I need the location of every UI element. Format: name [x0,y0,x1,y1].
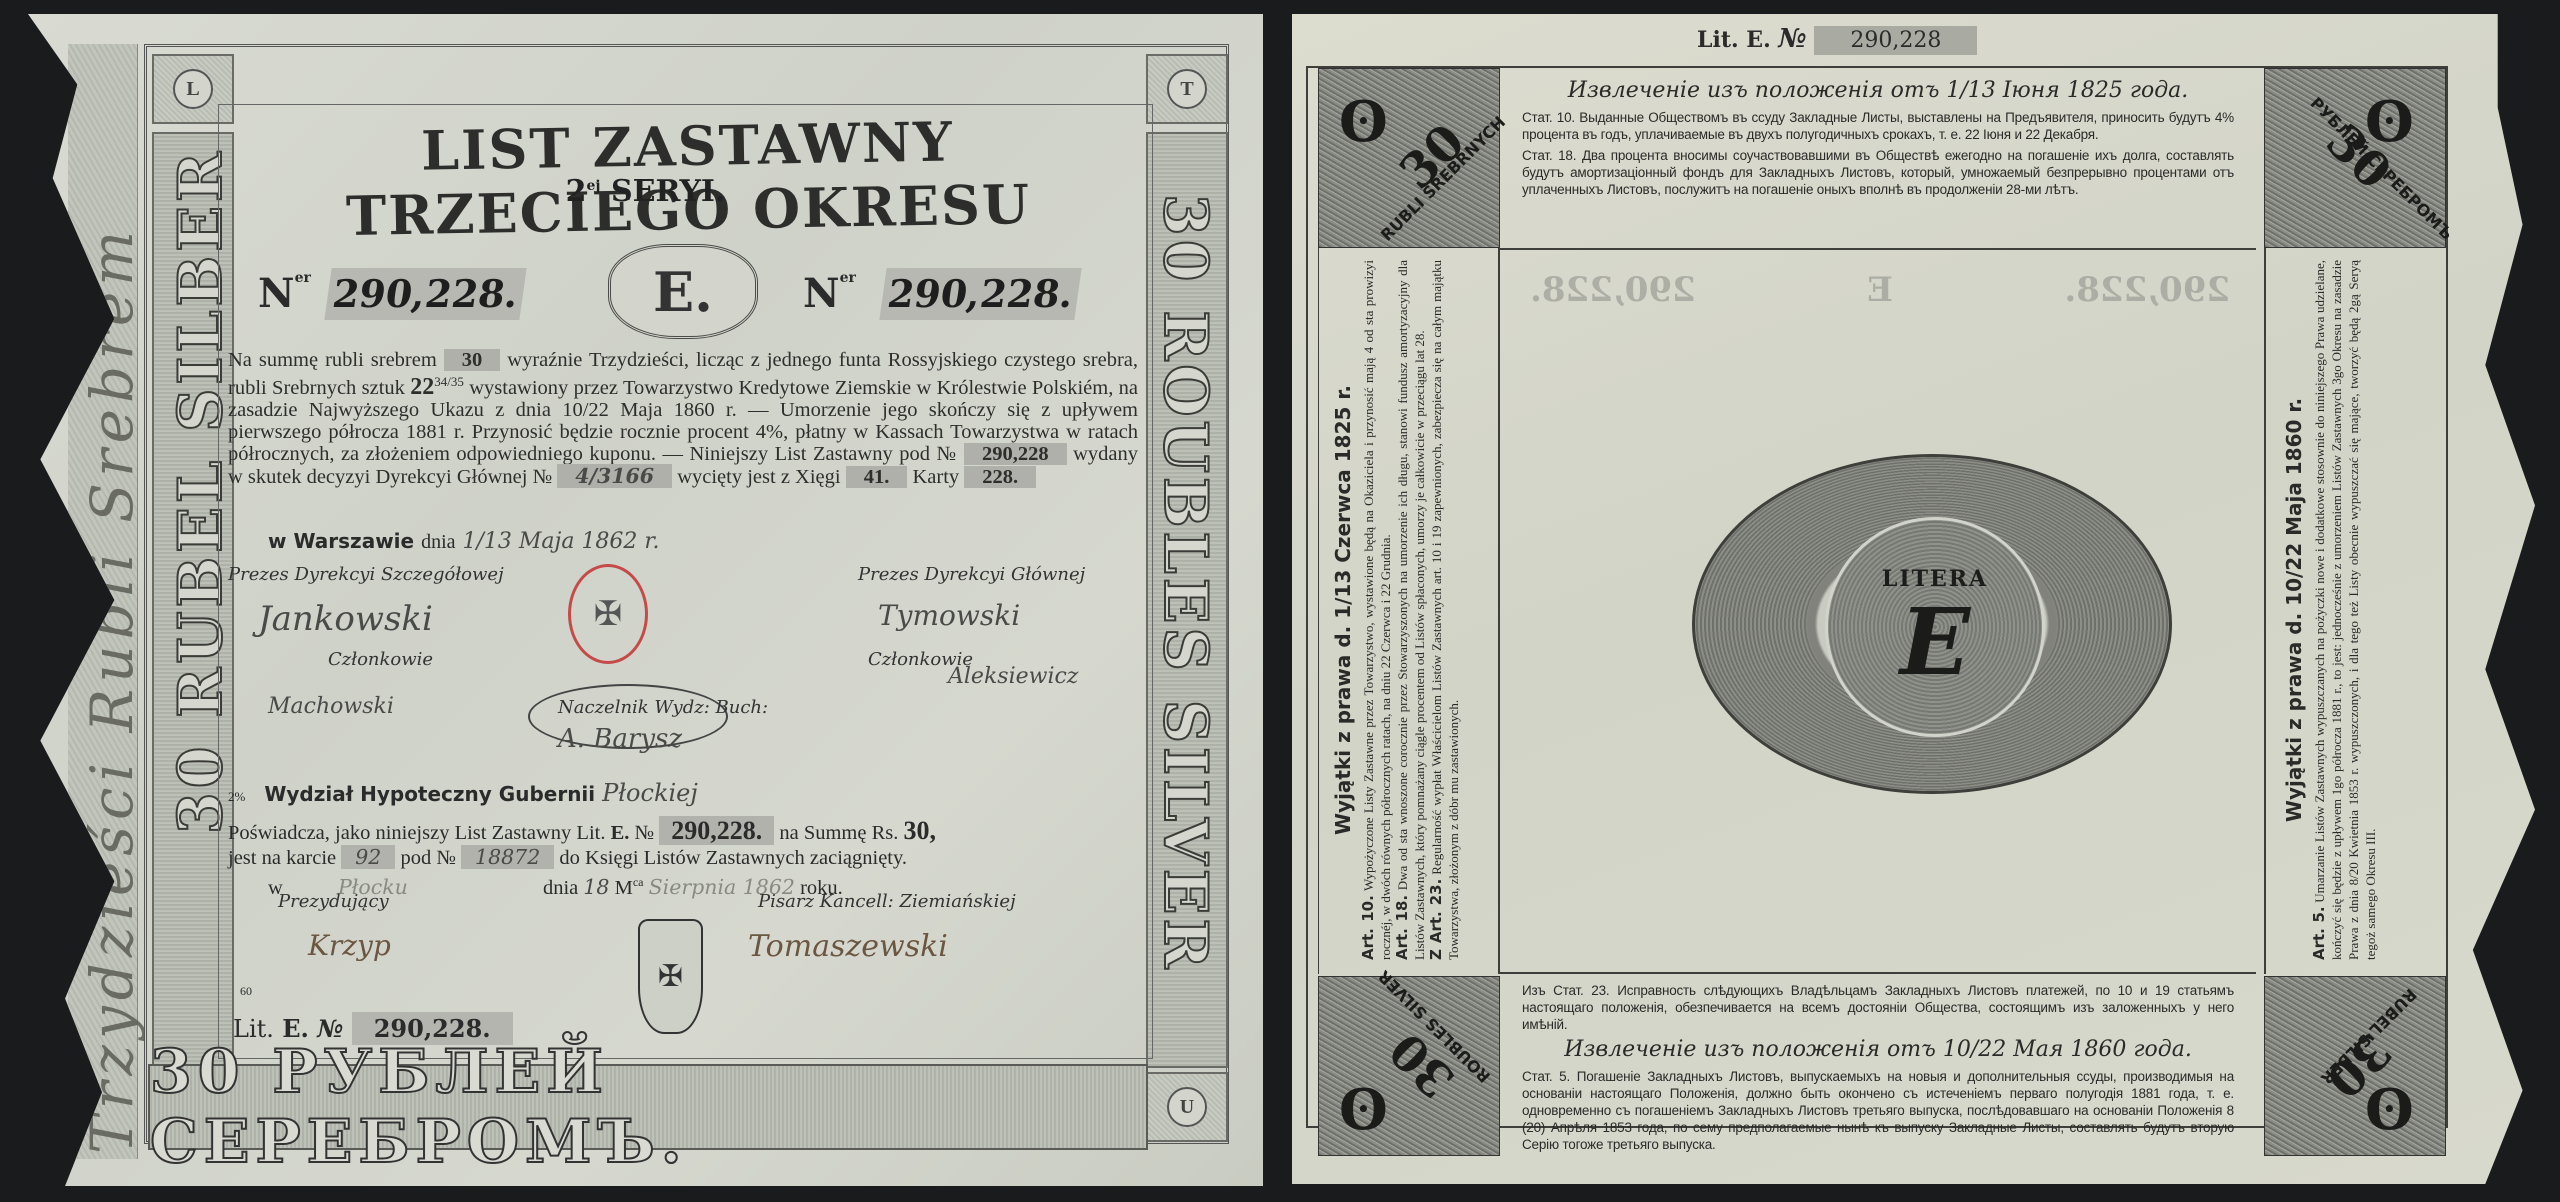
mortgage-text: Poświadcza, jako niniejszy List Zastawny… [228,819,1138,900]
article-18-ru: Стат. 18. Два процента вносимы соучаство… [1522,147,2234,198]
signature-clerk: Tomaszewski [748,929,948,964]
mortgage-number-field: 290,228. [659,816,774,845]
eagle-icon: ✠ [658,959,683,994]
black-eagle-stamp: ✠ [638,919,703,1034]
signature-member-right: Aleksiewicz [948,664,1078,689]
card-field: 92 [341,845,395,869]
seal-icon: T [1167,69,1207,109]
bond-terms-paragraph: Na summę rubli srebrem 30 wyraźnie Trzyd… [228,349,1138,488]
letter-emblem: E. [608,244,758,339]
entry-field: 18872 [461,845,554,869]
series-number: 2 [566,174,587,209]
side-panel-right: 30 ROUBLES SILVER [1146,132,1228,1068]
signature-section: w Warszawie dnia 1/13 Maja 1862 r. Preze… [228,529,1138,749]
page-field: 228. [964,466,1036,488]
denomination-french: 30 ROUBLES SILVER [1150,194,1220,972]
role-right: Prezes Dyrekcyi Głównej [858,564,1085,585]
decision-number-field: 4/3166 [557,464,672,488]
governorate-handwritten: Płockiej [602,779,698,807]
polish-excerpt-1860-column: Wyjątki z prawa d. 10/22 Maja 1860 r. Ar… [2264,248,2446,974]
monogram-icon: ʘ [1339,1077,1388,1143]
seal-icon: L [173,69,213,109]
clerk-label: Pisarz Kancell: Ziemiańskiej [758,891,1016,912]
mortgage-title: 2% Wydział Hypoteczny Gubernii Płockiej [228,779,1138,807]
serial-number-right: 290,228. [879,268,1081,320]
ornamental-scroll-strip: Trzydzieści Rubli Srebrem [68,44,138,1159]
corner-seal-bottom-right: U [1146,1072,1228,1142]
series-label: 2ej SERYI. [28,174,1263,209]
corner-seal-top-right: T [1146,54,1228,124]
signature-right: Tymowski [878,599,1020,632]
lit-header-number: 290,228 [1814,26,1977,55]
seal-icon: U [1167,1087,1207,1127]
column-title: Wyjątki z prawa d. 10/22 Maja 1860 r. [2286,260,2303,960]
silver-pieces: 22 [410,374,434,400]
lit-header: Lit. E. № 290,228 [1697,24,1977,54]
serial-number-left: 290,228. [324,268,526,320]
corner-top-left: ʘ 30 RUBLI SREBRNYCH [1318,68,1500,248]
rotated-text: Wyjątki z prawa d. 10/22 Maja 1860 r. Ar… [2286,260,2379,960]
corner-top-right: ʘ 30 РУБЛЕЙ СЕРЕБРОМЪ [2264,68,2446,248]
signature-member-left: Machowski [268,694,394,719]
list-number-field: 290,228 [964,443,1067,465]
date-handwritten: 1/13 Maja 1862 r. [462,529,659,554]
scroll-script-text: Trzydzieści Rubli Srebrem [78,74,146,1154]
red-eagle-stamp: ✠ [568,564,648,664]
signature-left: Jankowski [258,599,433,639]
signature-presiding: Krzyp [308,929,391,962]
presiding-label: Prezydujący [278,891,389,912]
russian-excerpt-1860: Изъ Стат. 23. Исправность слѣдующихъ Вла… [1500,974,2256,1129]
show-through-numbers: 290,228. E 290,228. [1530,270,2230,310]
mortgage-certification: 2% Wydział Hypoteczny Gubernii Płockiej … [228,779,1138,900]
article-10-ru: Стат. 10. Выданные Обществомъ въ ссуду З… [1522,109,2234,143]
excerpt-title: Извлеченіе изъ положенія отъ 10/22 Мая 1… [1522,1037,2234,1062]
banner-text: 30 РУБЛЕЙ СЕРЕБРОМЪ. [150,1037,1146,1177]
denomination-banner-russian: 30 РУБЛЕЙ СЕРЕБРОМЪ. [148,1064,1148,1150]
members-left: Członkowie [328,649,433,670]
number-label-right: Ner [803,270,856,317]
serial-number-row: Ner 290,228. E. Ner 290,228. [218,262,1148,332]
accounting-head-label: Naczelnik Wydz: Buch: [558,697,768,718]
series-suffix: ej [587,178,601,194]
russian-excerpt-1825: Извлеченіе изъ положенія отъ 1/13 Іюня 1… [1500,66,2256,248]
series-word: SERYI. [611,174,725,209]
polish-excerpt-1825-column: Wyjątki z prawa d. 1/13 Czerwca 1825 r. … [1318,248,1500,974]
column-title: Wyjątki z prawa d. 1/13 Czerwca 1825 r. [1335,260,1352,960]
corner-bottom-right: ʘ 30 RUBEL SILBER [2264,976,2446,1156]
excerpt-title: Извлеченіе изъ положенія отъ 1/13 Іюня 1… [1522,78,2234,103]
article-5-ru: Стат. 5. Погашеніе Закладныхъ Листовъ, в… [1522,1068,2234,1153]
corner-bottom-left: ʘ 30 ROUBLES SILVER [1318,976,1500,1156]
book-field: 41. [846,466,908,488]
monogram-icon: ʘ [1339,89,1388,155]
page-mark: 60 [240,984,252,999]
role-left: Prezes Dyrekcyi Szczegółowej [228,564,504,585]
amount-field: 30 [444,349,501,371]
litera-letter: E [1900,596,1970,688]
bond-back: Lit. E. № 290,228 ʘ 30 RUBLI SREBRNYCH ʘ… [1292,14,2535,1184]
place-date-line: w Warszawie dnia 1/13 Maja 1862 r. [268,529,660,554]
signature-accounting: A. Barysz [558,724,682,754]
bond-front: Trzydzieści Rubli Srebrem L T K U 30 RUB… [28,14,1263,1186]
article-23-ru: Изъ Стат. 23. Исправность слѣдующихъ Вла… [1522,982,2234,1033]
eagle-icon: ✠ [594,594,623,634]
day-handwritten: 18 [583,875,609,899]
letter-medallion: LITERA E [1825,517,2045,737]
rotated-text: Wyjątki z prawa d. 1/13 Czerwca 1825 r. … [1335,260,1462,960]
number-label-left: Ner [258,270,311,317]
guilloche-oval: LITERA E [1692,454,2172,794]
